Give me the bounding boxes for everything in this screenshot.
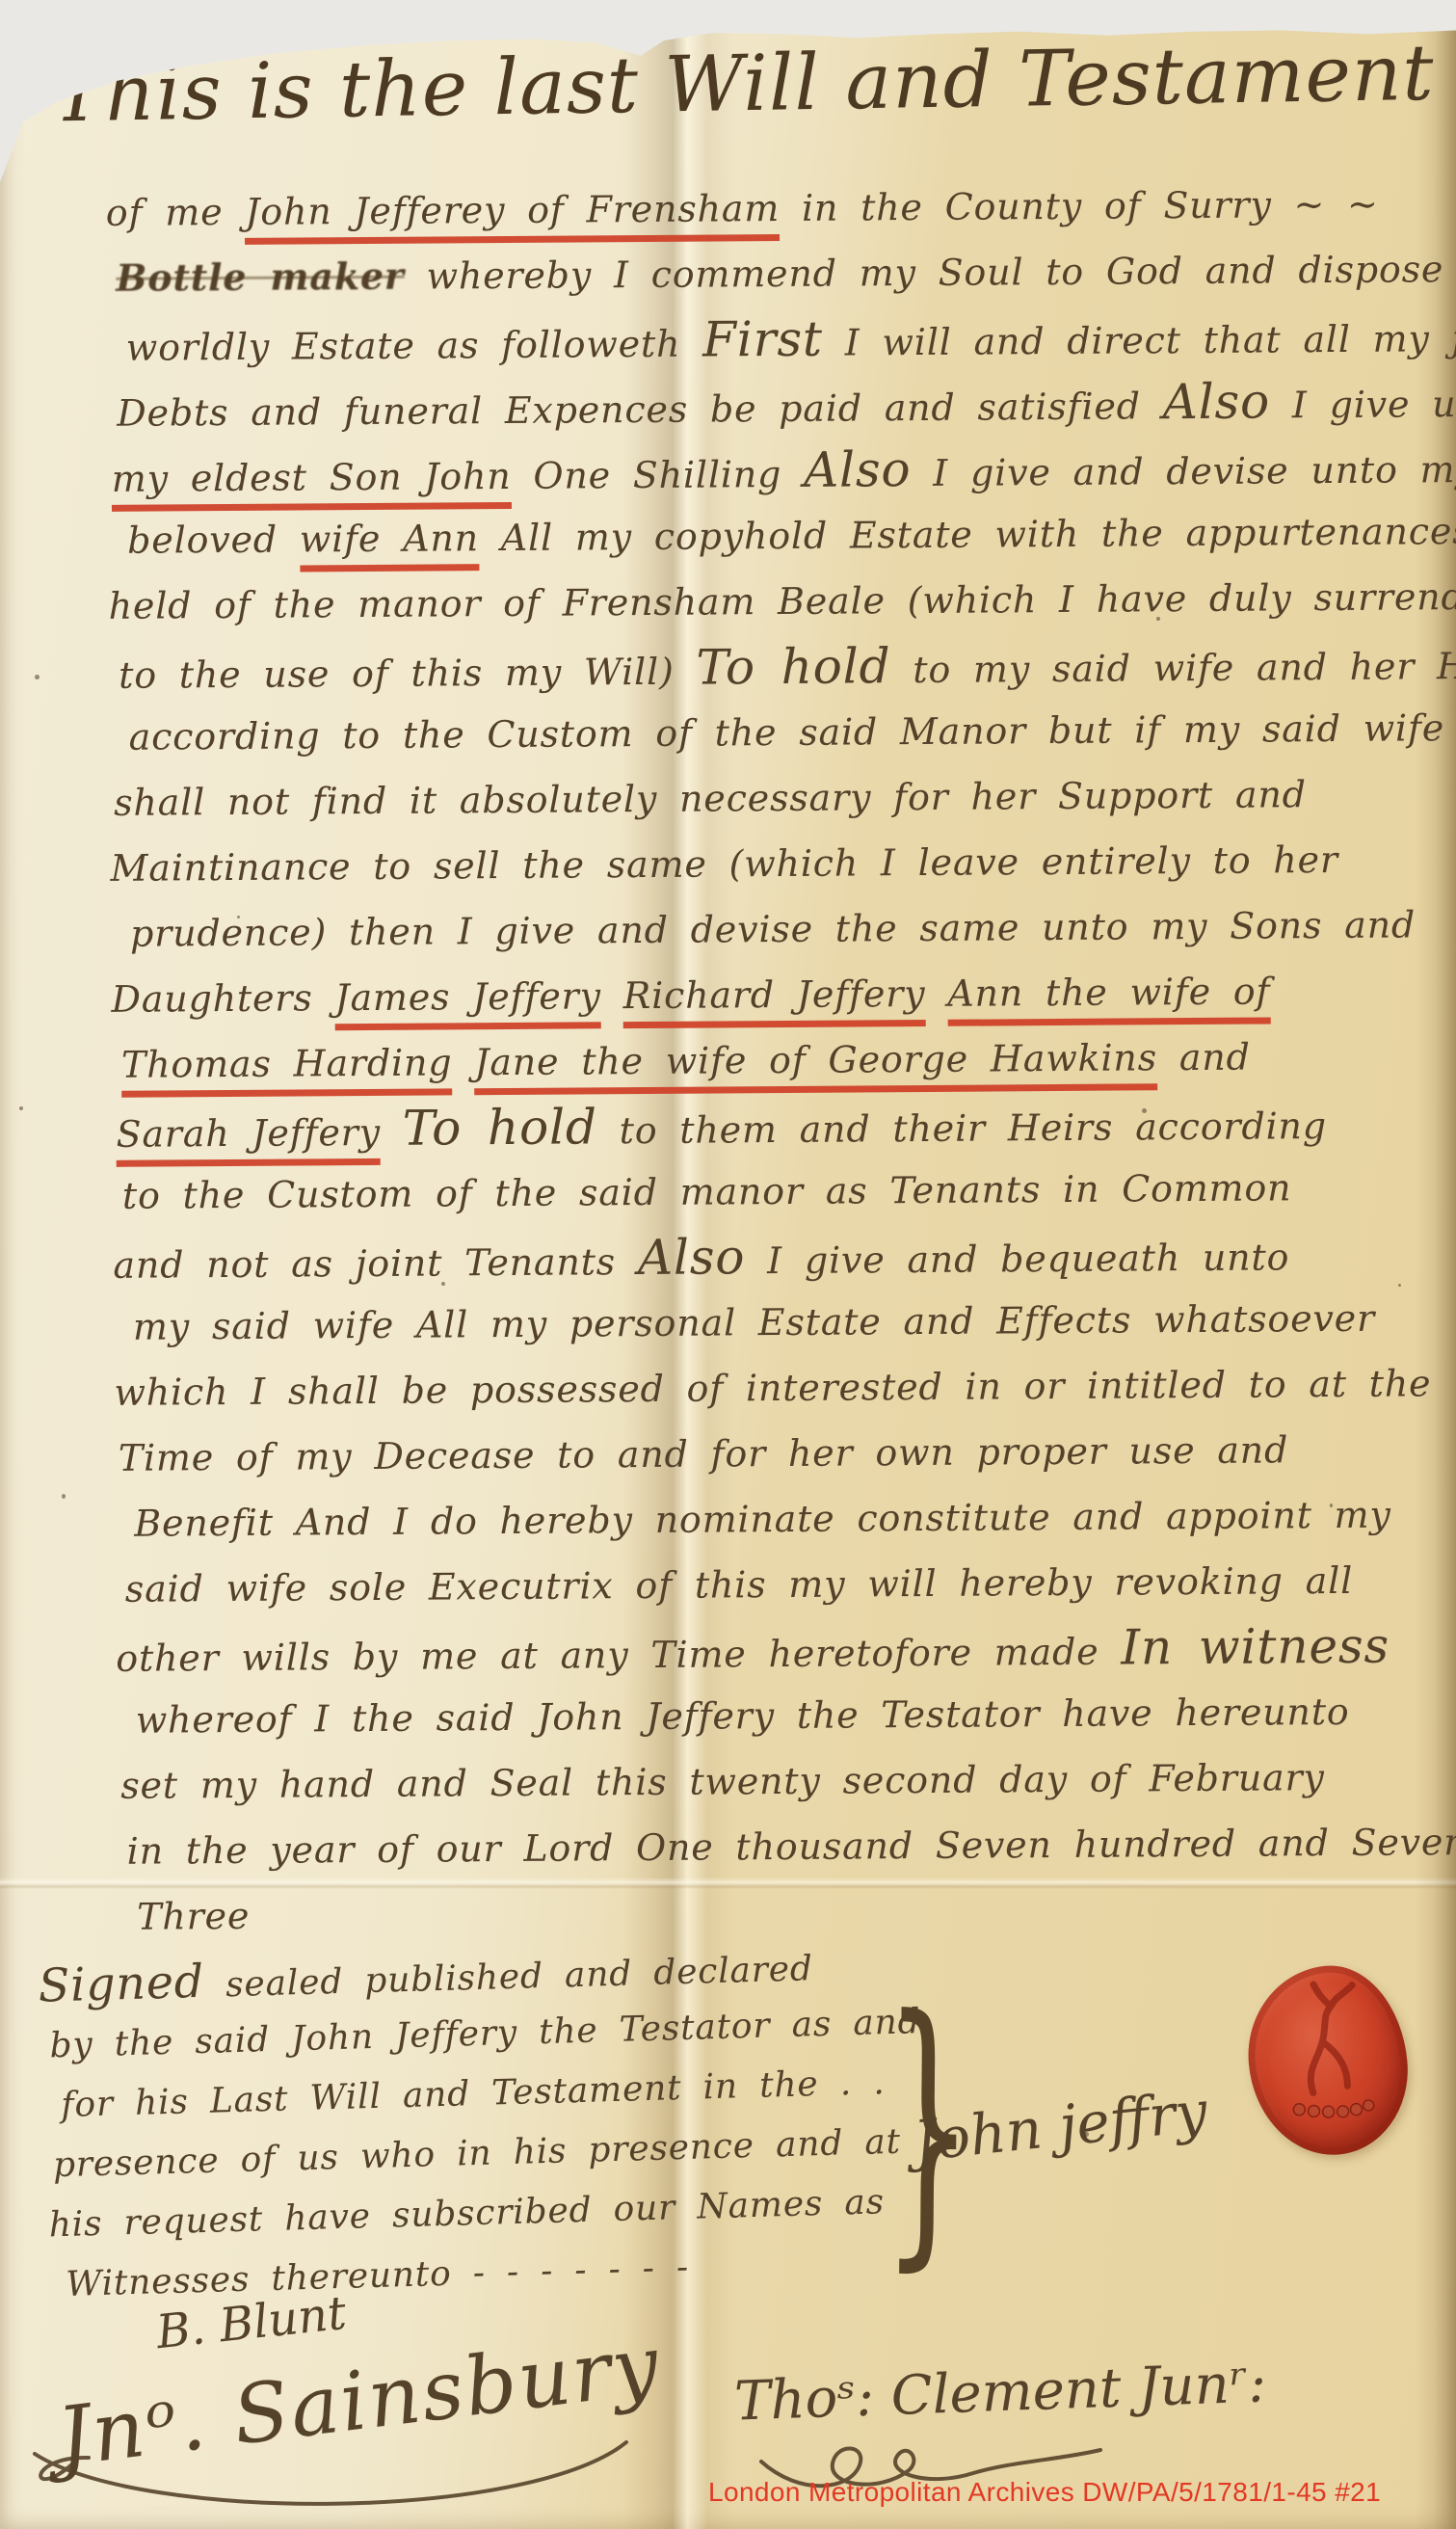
manuscript-text: his request have subscribed our Names as [48, 2182, 885, 2245]
manuscript-text [925, 972, 947, 1015]
will-document-page: This is the last Will and Testament of m… [0, 0, 1456, 2529]
paper-speck [35, 675, 40, 679]
manuscript-text: Witnesses thereunto - - - - - - - [66, 2248, 690, 2304]
manuscript-text: whereby I commend my Soul to God and dis… [405, 247, 1456, 298]
manuscript-line: according to the Custom of the said Mano… [128, 695, 1448, 770]
manuscript-line: which I shall be possessed of interested… [114, 1350, 1453, 1425]
wax-seal-stag-figure [1241, 1959, 1415, 2162]
underlined-name: James Jeffery [334, 974, 601, 1030]
manuscript-text [381, 1111, 403, 1154]
manuscript-line: Time of my Decease to and for her own pr… [119, 1416, 1454, 1491]
manuscript-text: Daughters [111, 976, 334, 1021]
manuscript-text: I give unto [1270, 383, 1456, 427]
manuscript-text: To hold [403, 1098, 597, 1156]
archive-caption: London Metropolitan Archives DW/PA/5/178… [708, 2477, 1381, 2508]
manuscript-text: held of the manor of Frensham Beale (whi… [109, 574, 1456, 626]
manuscript-text: to them and their Heirs according [597, 1105, 1327, 1152]
manuscript-text: Maintinance to sell the same (which I le… [110, 839, 1338, 890]
manuscript-lines: of me John Jefferey of Frensham in the C… [106, 171, 1456, 1950]
manuscript-text: my said wife All my personal Estate and … [133, 1297, 1375, 1348]
manuscript-text [452, 1041, 474, 1083]
underlined-name: Sarah Jeffery [116, 1111, 381, 1167]
manuscript-line: to the Custom of the said manor as Tenan… [122, 1154, 1452, 1229]
underlined-name: Jane the wife of George Hawkins [474, 1036, 1157, 1095]
manuscript-text: whereof I the said John Jeffery the Test… [136, 1690, 1350, 1742]
attestation-block: Signed sealed published and declaredby t… [38, 1933, 914, 2316]
manuscript-text: I give and devise unto my [911, 448, 1456, 494]
underlined-name: Thomas Harding [121, 1041, 453, 1097]
manuscript-text: Also [804, 440, 912, 498]
manuscript-text [601, 974, 623, 1017]
manuscript-text: and [1157, 1036, 1251, 1079]
manuscript-text: and not as joint Tenants [113, 1240, 638, 1287]
manuscript-text: I give and bequeath unto [745, 1236, 1289, 1282]
manuscript-line: Sarah Jeffery To hold to them and their … [116, 1088, 1451, 1163]
manuscript-line: shall not find it absolutely necessary f… [114, 760, 1449, 836]
manuscript-line: and not as joint Tenants Also I give and… [113, 1219, 1452, 1294]
underlined-name: Richard Jeffery [623, 972, 926, 1028]
sainsbury-flourish [17, 2429, 644, 2521]
manuscript-line: worldly Estate as followeth First I will… [126, 302, 1446, 377]
manuscript-text: said wife sole Executrix of this my will… [125, 1559, 1354, 1611]
red-wax-seal-icon [1241, 1959, 1415, 2162]
manuscript-line: Thomas Harding Jane the wife of George H… [121, 1023, 1451, 1098]
manuscript-line: held of the manor of Frensham Beale (whi… [108, 564, 1447, 639]
manuscript-text: Benefit And I do hereby nominate constit… [134, 1494, 1391, 1545]
manuscript-text: worldly Estate as followeth [126, 323, 703, 369]
manuscript-line: other wills by me at any Time heretofore… [116, 1612, 1455, 1688]
manuscript-text: shall not find it absolutely necessary f… [114, 773, 1307, 824]
manuscript-text: to my said wife and her Heirs [890, 644, 1456, 691]
manuscript-line: my eldest Son John One Shilling Also I g… [112, 433, 1447, 508]
manuscript-text: First [702, 310, 823, 368]
manuscript-text: I will and direct that all my just [823, 317, 1456, 364]
manuscript-line: Benefit And I do hereby nominate constit… [134, 1481, 1454, 1557]
manuscript-text: Signed [38, 1956, 205, 2013]
manuscript-text: to the use of this my Will) [119, 651, 697, 697]
manuscript-text: Debts and funeral Expences be paid and s… [117, 385, 1163, 435]
manuscript-line: Daughters James Jeffery Richard Jeffery … [111, 957, 1450, 1032]
manuscript-text: other wills by me at any Time heretofore… [116, 1631, 1121, 1680]
manuscript-line: Bottle maker whereby I commend my Soul t… [116, 236, 1445, 311]
manuscript-line: my said wife All my personal Estate and … [133, 1285, 1453, 1360]
manuscript-line: of me John Jefferey of Frensham in the C… [106, 171, 1445, 246]
manuscript-line: Debts and funeral Expences be paid and s… [117, 367, 1446, 442]
manuscript-text: to the Custom of the said manor as Tenan… [122, 1166, 1292, 1216]
paper-speck [62, 1494, 66, 1499]
manuscript-line: beloved wife Ann All my copyhold Estate … [127, 498, 1447, 573]
photo-background: This is the last Will and Testament of m… [0, 0, 1456, 2529]
manuscript-text: beloved [127, 518, 300, 561]
paper-speck [19, 1106, 23, 1110]
manuscript-text: prudence) then I give and devise the sam… [130, 903, 1416, 954]
manuscript-line: Maintinance to sell the same (which I le… [110, 826, 1449, 901]
manuscript-text: Bottle maker [116, 254, 405, 300]
underlined-name: Ann the wife of [947, 970, 1270, 1025]
manuscript-text: In witness [1121, 1617, 1390, 1676]
manuscript-text: set my hand and Seal this twenty second … [120, 1756, 1325, 1807]
manuscript-text: To hold [696, 637, 890, 695]
manuscript-line: whereof I the said John Jeffery the Test… [136, 1678, 1456, 1753]
manuscript-text: which I shall be possessed of interested… [114, 1362, 1431, 1414]
manuscript-line: prudence) then I give and devise the sam… [130, 892, 1450, 967]
manuscript-text: Three [137, 1895, 250, 1938]
manuscript-text: in the County of Surry ~ ~ [780, 183, 1379, 229]
manuscript-line: in the year of our Lord One thousand Sev… [126, 1809, 1456, 1884]
underlined-name: John Jefferey of Frensham [245, 187, 780, 245]
manuscript-text: Also [638, 1228, 746, 1286]
manuscript-text: according to the Custom of the said Mano… [128, 706, 1444, 759]
manuscript-text: of me [106, 191, 246, 234]
underlined-name: wife Ann [300, 517, 479, 572]
manuscript-text: in the year of our Lord One thousand Sev… [127, 1821, 1456, 1873]
underlined-name: my eldest Son John [112, 455, 512, 512]
manuscript-text: All my copyhold Estate with the appurten… [479, 510, 1456, 559]
manuscript-line: set my hand and Seal this twenty second … [120, 1744, 1456, 1819]
manuscript-text: One Shilling [511, 453, 804, 497]
manuscript-text: Also [1162, 372, 1270, 430]
manuscript-text: Time of my Decease to and for her own pr… [119, 1428, 1289, 1478]
manuscript-line: said wife sole Executrix of this my will… [125, 1547, 1455, 1622]
manuscript-line: to the use of this my Will) To hold to m… [119, 629, 1448, 705]
page-title: This is the last Will and Testament [52, 28, 1445, 140]
